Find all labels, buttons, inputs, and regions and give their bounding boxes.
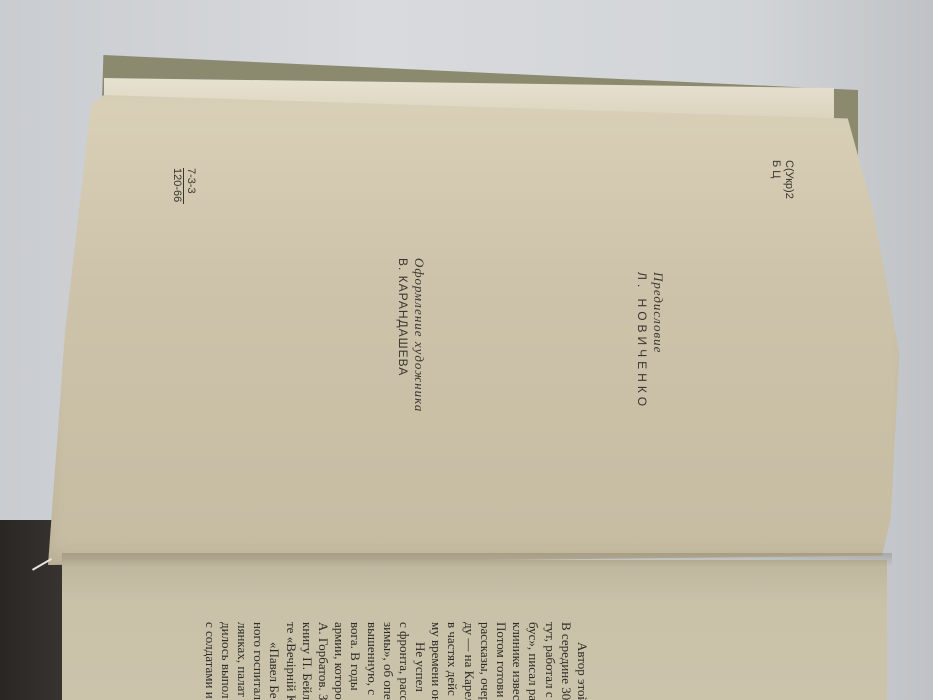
preface-body-text: Автор этой В середине 30- тут, работал с… [202,622,591,700]
catalog-mark-line: С(Укр)2 [782,160,795,199]
preface-credit: Предисловие Л. НОВИЧЕНКО [634,272,666,410]
text-line: ду — на Карел [461,622,477,700]
text-line: дилось выпол [218,622,234,700]
text-line: с фронта, расс [396,622,412,700]
text-line: «Павел Бе [266,622,282,700]
catalog-mark-top: С(Укр)2 Б Ц [769,160,795,199]
catalog-mark-bottom: 7-3-3 120-66 [170,168,197,204]
text-line: с солдатами и [202,622,218,700]
text-line: лянках, палат [234,622,250,700]
text-line: вога. В годы [347,622,363,700]
catalog-mark-line: Б Ц [769,160,782,199]
text-line: бус», писал ра [525,622,541,700]
text-line: Потом готови [493,622,509,700]
design-label: Оформление художника [411,258,427,412]
text-line: в частях дейс [444,622,460,700]
text-line: ного госпитал [250,622,266,700]
photo-scene: С(Укр)2 Б Ц 7-3-3 120-66 Предисловие Л. … [0,0,933,700]
catalog-mark-line: 7-3-3 [184,168,197,204]
text-line: зимы», об опер [380,622,396,700]
design-credit: Оформление художника В. КАРАНДАШЕВА [395,258,427,412]
text-line: те «Вечірній К [282,622,298,700]
text-line: вышенную, с [363,622,379,700]
preface-author: Л. НОВИЧЕНКО [634,272,650,410]
text-line: В середине 30- [558,622,574,700]
catalog-mark-line: 120-66 [170,168,183,204]
text-line: А. Горбатов. З [315,622,331,700]
text-line: рассказы, очер [477,622,493,700]
preface-label: Предисловие [650,272,666,410]
book-gutter [62,553,892,567]
text-line: Не успел [412,622,428,700]
text-line: му времени он [428,622,444,700]
text-line: армии, которой [331,622,347,700]
design-author: В. КАРАНДАШЕВА [395,258,411,412]
text-line: книгу П. Бейл [299,622,315,700]
text-line: тут, работал с [541,622,557,700]
text-line: клинике извест [509,622,525,700]
text-line: Автор этой [574,622,590,700]
